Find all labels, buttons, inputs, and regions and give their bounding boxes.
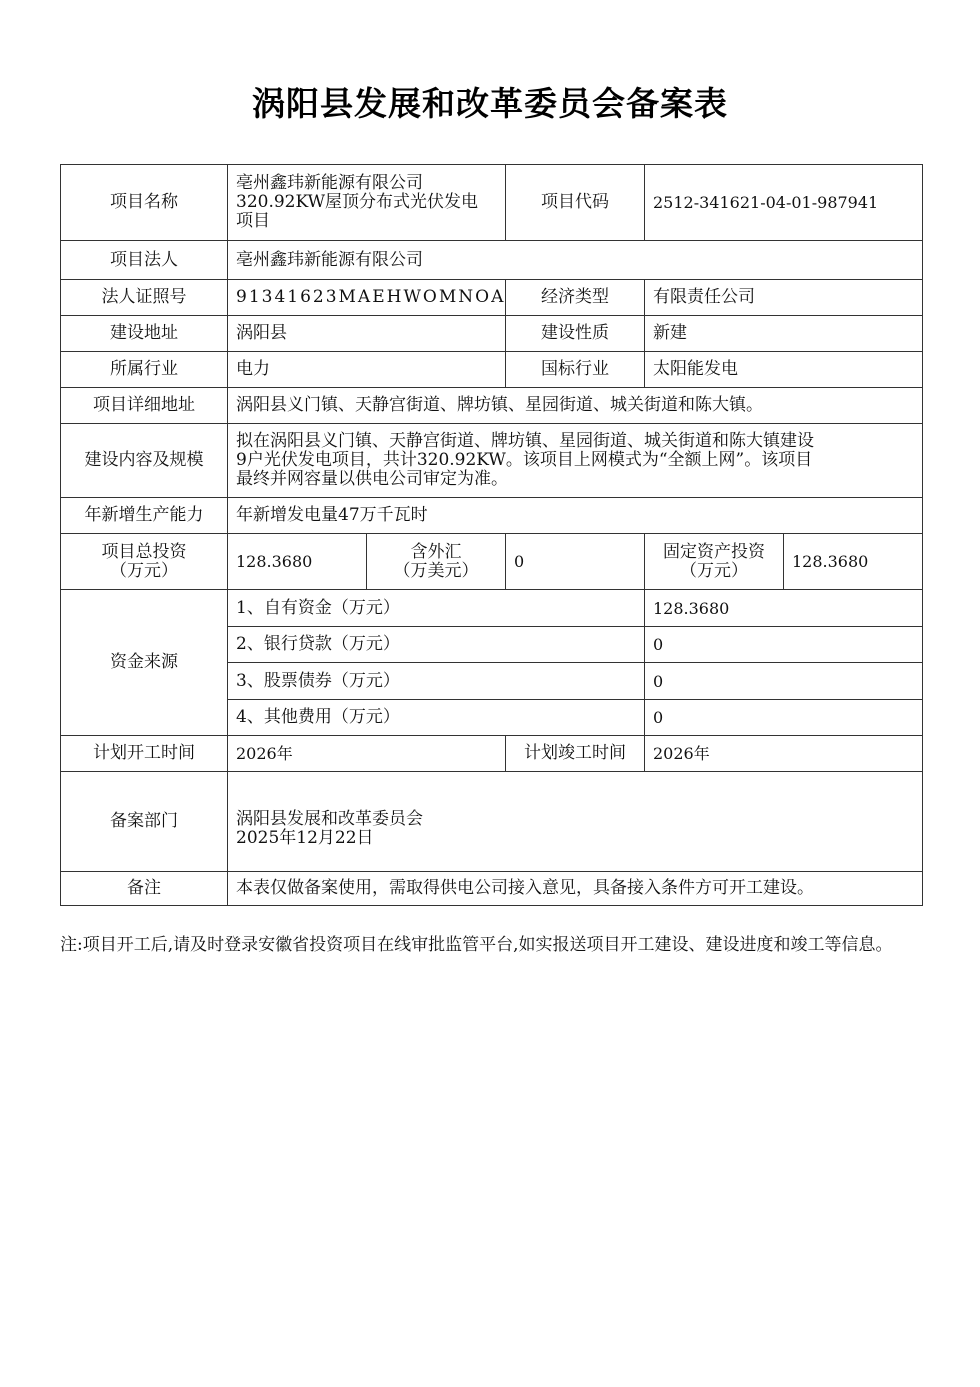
funding-item-label: 4、其他费用（万元） [228,700,645,736]
funding-item-value: 128.3680 [645,590,923,627]
project-name-value: 亳州鑫玮新能源有限公司 320.92KW屋顶分布式光伏发电 项目 [228,165,506,241]
remarks-label: 备注 [61,872,228,906]
row-project-name: 项目名称 亳州鑫玮新能源有限公司 320.92KW屋顶分布式光伏发电 项目 项目… [61,165,923,241]
economic-type-value: 有限责任公司 [645,280,923,316]
label-line: （万元） [653,562,775,581]
filing-dept-org: 涡阳县发展和改革委员会 [236,810,752,829]
funding-item-label: 2、银行贷款（万元） [228,627,645,663]
row-legal-entity: 项目法人 亳州鑫玮新能源有限公司 [61,241,923,280]
filing-date: 2025年12月22日 [236,829,752,848]
build-nature-value: 新建 [645,316,923,352]
build-nature-label: 建设性质 [506,316,645,352]
scope-value: 拟在涡阳县义门镇、天静宫街道、牌坊镇、星园街道、城关街道和陈大镇建设 9户光伏发… [228,424,923,498]
funding-item-value: 0 [645,700,923,736]
capacity-value: 年新增发电量47万千瓦时 [228,498,923,534]
detailed-address-value: 涡阳县义门镇、天静宫街道、牌坊镇、星园街道、城关街道和陈大镇。 [228,388,923,424]
planned-end-label: 计划竣工时间 [506,736,645,772]
planned-start-value: 2026年 [228,736,506,772]
filing-form-table: 项目名称 亳州鑫玮新能源有限公司 320.92KW屋顶分布式光伏发电 项目 项目… [60,164,923,906]
row-funding-1: 资金来源 1、自有资金（万元） 128.3680 [61,590,923,627]
capacity-label: 年新增生产能力 [61,498,228,534]
row-license: 法人证照号 91341623MAEHWOMNOA 经济类型 有限责任公司 [61,280,923,316]
row-detailed-address: 项目详细地址 涡阳县义门镇、天静宫街道、牌坊镇、星园街道、城关街道和陈大镇。 [61,388,923,424]
row-capacity: 年新增生产能力 年新增发电量47万千瓦时 [61,498,923,534]
license-no-label: 法人证照号 [61,280,228,316]
fixed-assets-label: 固定资产投资 （万元） [645,534,784,590]
funding-item-label: 1、自有资金（万元） [228,590,645,627]
label-line: （万元） [69,562,219,581]
industry-value: 电力 [228,352,506,388]
document-title: 涡阳县发展和改革委员会备案表 [0,78,980,125]
label-line: 项目总投资 [69,543,219,562]
project-code-label: 项目代码 [506,165,645,241]
label-line: 固定资产投资 [653,543,775,562]
build-location-value: 涡阳县 [228,316,506,352]
filing-dept-value: 涡阳县发展和改革委员会 2025年12月22日 [228,772,923,872]
national-industry-label: 国标行业 [506,352,645,388]
legal-entity-value: 亳州鑫玮新能源有限公司 [228,241,923,280]
foreign-exchange-label: 含外汇 （万美元） [367,534,506,590]
scope-label: 建设内容及规模 [61,424,228,498]
total-investment-value: 128.3680 [228,534,367,590]
funding-item-label: 3、股票债券（万元） [228,663,645,700]
industry-label: 所属行业 [61,352,228,388]
project-name-line: 项目 [236,212,497,231]
detailed-address-label: 项目详细地址 [61,388,228,424]
funding-item-value: 0 [645,663,923,700]
funding-item-value: 0 [645,627,923,663]
planned-end-value: 2026年 [645,736,923,772]
project-code-value: 2512-341621-04-01-987941 [645,165,923,241]
project-name-line: 亳州鑫玮新能源有限公司 [236,174,497,193]
foreign-exchange-value: 0 [506,534,645,590]
label-line: 含外汇 [375,543,497,562]
footnote: 注:项目开工后,请及时登录安徽省投资项目在线审批监管平台,如实报送项目开工建设、… [60,930,920,961]
build-location-label: 建设地址 [61,316,228,352]
row-investment: 项目总投资 （万元） 128.3680 含外汇 （万美元） 0 固定资产投资 （… [61,534,923,590]
scope-line: 拟在涡阳县义门镇、天静宫街道、牌坊镇、星园街道、城关街道和陈大镇建设 [236,432,914,451]
national-industry-value: 太阳能发电 [645,352,923,388]
row-filing-dept: 备案部门 涡阳县发展和改革委员会 2025年12月22日 [61,772,923,872]
scope-line: 最终并网容量以供电公司审定为准。 [236,470,914,489]
legal-entity-label: 项目法人 [61,241,228,280]
label-line: （万美元） [375,562,497,581]
project-name-line: 320.92KW屋顶分布式光伏发电 [236,193,497,212]
row-scope: 建设内容及规模 拟在涡阳县义门镇、天静宫街道、牌坊镇、星园街道、城关街道和陈大镇… [61,424,923,498]
remarks-value: 本表仅做备案使用，需取得供电公司接入意见，具备接入条件方可开工建设。 [228,872,923,906]
license-no-value: 91341623MAEHWOMNOA [228,280,506,316]
row-location: 建设地址 涡阳县 建设性质 新建 [61,316,923,352]
fixed-assets-value: 128.3680 [784,534,923,590]
row-schedule: 计划开工时间 2026年 计划竣工时间 2026年 [61,736,923,772]
row-remarks: 备注 本表仅做备案使用，需取得供电公司接入意见，具备接入条件方可开工建设。 [61,872,923,906]
planned-start-label: 计划开工时间 [61,736,228,772]
funding-label: 资金来源 [61,590,228,736]
total-investment-label: 项目总投资 （万元） [61,534,228,590]
economic-type-label: 经济类型 [506,280,645,316]
row-industry: 所属行业 电力 国标行业 太阳能发电 [61,352,923,388]
scope-line: 9户光伏发电项目，共计320.92KW。该项目上网模式为“全额上网”。该项目 [236,451,914,470]
filing-dept-label: 备案部门 [61,772,228,872]
project-name-label: 项目名称 [61,165,228,241]
